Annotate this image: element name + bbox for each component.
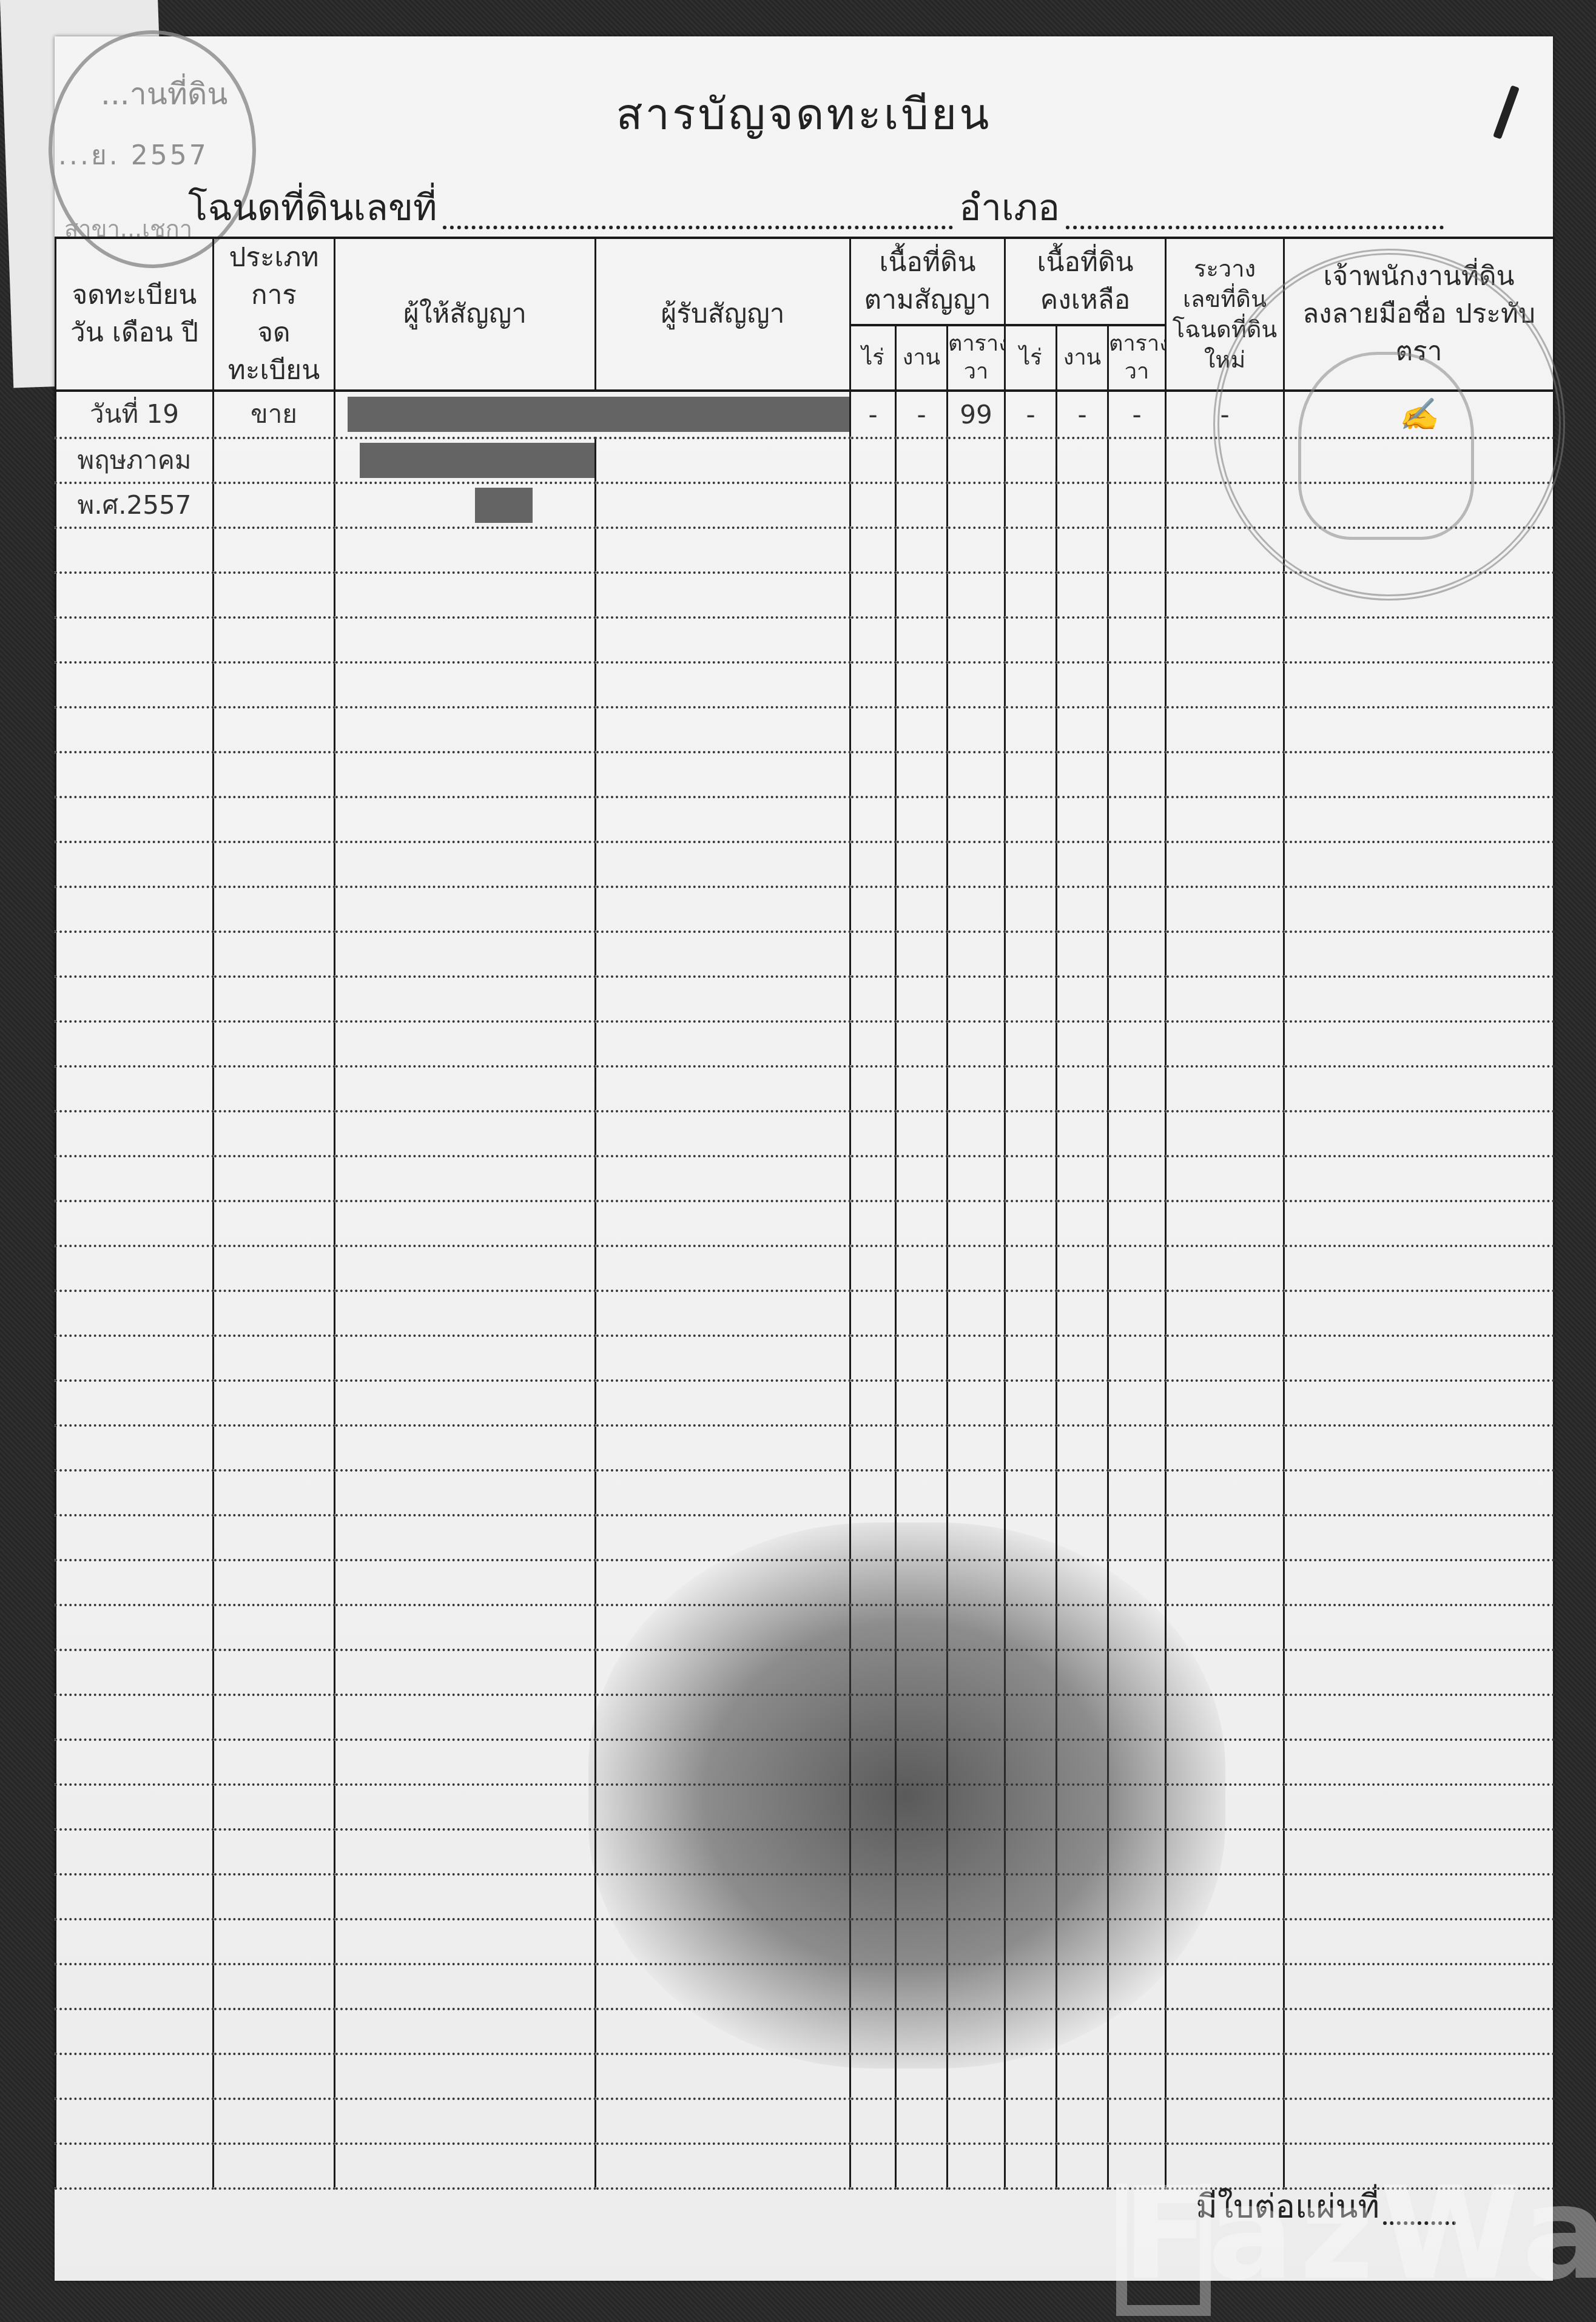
table-row: พฤษภาคม [56, 438, 1554, 483]
header-remaining-sqwa: ตาราง วา [1108, 325, 1166, 391]
header-grantor: ผู้ให้สัญญา [335, 238, 596, 391]
grantor-redaction-3 [475, 488, 533, 523]
table-row [56, 1650, 1554, 1695]
table-row [56, 1874, 1554, 1919]
table-row [56, 1156, 1554, 1201]
grantor-redaction [348, 397, 850, 432]
entry-month: พฤษภาคม [56, 438, 214, 483]
table-row [56, 1381, 1554, 1425]
table-row [56, 1425, 1554, 1470]
entry-parties [335, 391, 850, 438]
table-row [56, 2099, 1554, 2144]
table-row [56, 977, 1554, 1021]
table-row [56, 1021, 1554, 1066]
header-contract-rai: ไร่ [850, 325, 896, 391]
header-remaining-ngan: งาน [1057, 325, 1108, 391]
officer-signature: ✍ [1284, 391, 1554, 438]
table-row [56, 528, 1554, 573]
header-date: จดทะเบียน วัน เดือน ปี [56, 238, 214, 391]
entry-remaining-ngan: - [1057, 391, 1108, 438]
entry-remaining-rai: - [1005, 391, 1057, 438]
table-row [56, 1919, 1554, 1964]
table-row [56, 1695, 1554, 1740]
header-remaining-rai: ไร่ [1005, 325, 1057, 391]
table-row: วันที่ 19 ขาย - - 99 - - - - ✍ [56, 391, 1554, 438]
header-contract-sqwa: ตาราง วา [948, 325, 1005, 391]
table-row [56, 1111, 1554, 1156]
entry-new-deed: - [1166, 391, 1284, 438]
table-row [56, 573, 1554, 618]
header-officer: เจ้าพนักงานที่ดิน ลงลายมือชื่อ ประทับตรา [1284, 238, 1554, 391]
table-row [56, 1336, 1554, 1381]
table-row [56, 752, 1554, 797]
table-row: พ.ศ.2557 [56, 483, 1554, 528]
entry-day: วันที่ 19 [56, 391, 214, 438]
header-area-remaining: เนื้อที่ดิน คงเหลือ [1005, 238, 1166, 325]
table-row [56, 1246, 1554, 1291]
table-row [56, 1201, 1554, 1246]
entry-year: พ.ศ.2557 [56, 483, 214, 528]
header-area-contract: เนื้อที่ดิน ตามสัญญา [850, 238, 1005, 325]
district-label: อำเภอ [959, 179, 1060, 237]
table-row [56, 932, 1554, 977]
watermark-logo: FazWaz [1122, 2159, 1596, 2308]
deed-number-label: โฉนดที่ดินเลขที่ [188, 179, 437, 237]
table-row [56, 797, 1554, 842]
table-row [56, 1829, 1554, 1874]
table-row [56, 1964, 1554, 2009]
page-title: สารบัญจดทะเบียน [55, 79, 1553, 149]
table-row [56, 1291, 1554, 1336]
table-row [56, 662, 1554, 707]
district-field [1066, 226, 1444, 229]
table-row [56, 1605, 1554, 1650]
header-new-deed: ระวาง เลขที่ดิน โฉนดที่ดิน ใหม่ [1166, 238, 1284, 391]
entry-contract-ngan: - [896, 391, 948, 438]
table-row [56, 1560, 1554, 1605]
registration-table: จดทะเบียน วัน เดือน ปี ประเภท การ จดทะเบ… [55, 237, 1555, 2190]
table-row [56, 2054, 1554, 2099]
table-row [56, 707, 1554, 752]
table-row [56, 618, 1554, 662]
table-row [56, 887, 1554, 932]
table-row [56, 1785, 1554, 1829]
header-contract-ngan: งาน [896, 325, 948, 391]
table-row [56, 842, 1554, 887]
entry-contract-rai: - [850, 391, 896, 438]
deed-number-field [443, 226, 953, 229]
entry-type: ขาย [214, 391, 335, 438]
header-grantee: ผู้รับสัญญา [596, 238, 850, 391]
entry-contract-sqwa: 99 [948, 391, 1005, 438]
deed-info-line: โฉนดที่ดินเลขที่ อำเภอ [188, 188, 1450, 237]
header-type: ประเภท การ จดทะเบียน [214, 238, 335, 391]
entry-remaining-sqwa: - [1108, 391, 1166, 438]
table-row [56, 1066, 1554, 1111]
register-sheet: ...านที่ดิน ...ย. 2557 สาขา...เชกา สารบั… [55, 36, 1553, 2281]
grantor-redaction-2 [360, 443, 596, 478]
table-row [56, 2009, 1554, 2054]
table-row [56, 1515, 1554, 1560]
table-row [56, 1740, 1554, 1785]
table-row [56, 1470, 1554, 1515]
